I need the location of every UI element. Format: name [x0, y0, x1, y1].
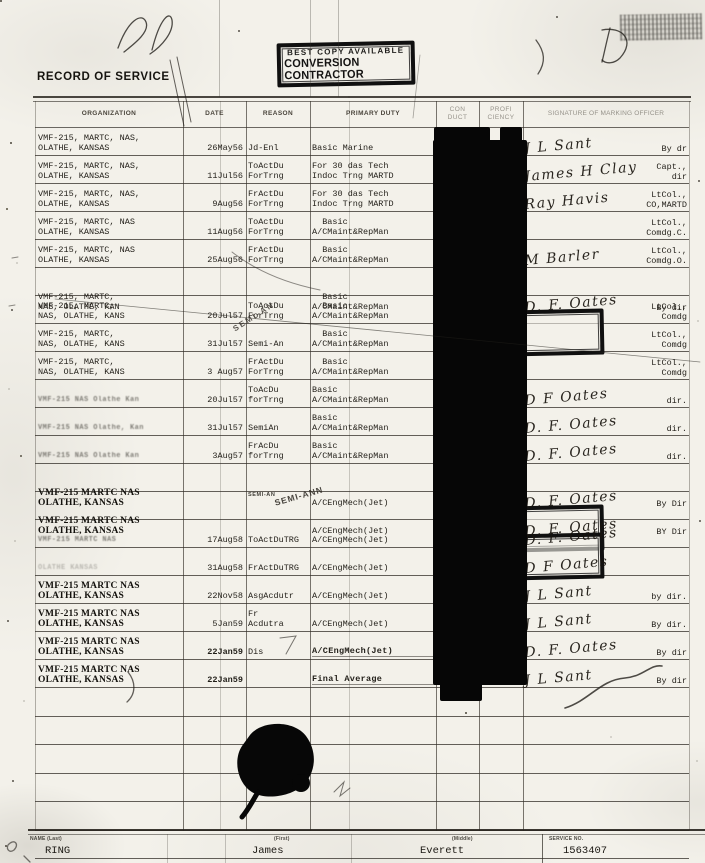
org-cell: VMF-215, MARTC,NAS, OLATHE, KANS [35, 324, 183, 351]
date-cell: 22Jan59 [183, 660, 246, 687]
org-line: OLATHE, KANSAS [38, 144, 183, 154]
org-line: VMF-215 NAS Olathe, Kan [38, 424, 183, 434]
footer-middle-name: Everett [420, 845, 464, 857]
signature-script: M Barler [524, 250, 600, 266]
reason-line: ForTrng [248, 200, 310, 210]
column-header-primary-duty: PRIMARY DUTY [310, 110, 436, 118]
signature-rank: LtCol.,Comdg.C. [646, 219, 687, 238]
footer-label-service: SERVICE NO. [549, 836, 583, 842]
duty-line: A/CEngMech(Jet) [312, 620, 436, 630]
reason-cell: ToActDuTRG [246, 520, 310, 547]
best-copy-available-stamp: BEST COPY AVAILABLE CONVERSION CONTRACTO… [277, 41, 416, 88]
reason-cell: FrActDuForTrng [246, 184, 310, 211]
scribble-top-left [150, 16, 172, 54]
reason-cell: FrActDuTRG [246, 548, 310, 575]
corner-scribble [7, 842, 16, 851]
org-line: OLATHE, KANSAS [38, 256, 183, 266]
redaction-bar [440, 683, 482, 701]
reason-cell: ToActDuForTrng [246, 156, 310, 183]
org-cell: VMF-215, MARTC, NAS,OLATHE, KANSAS [35, 184, 183, 211]
duty-line: A/CMaint&RepMan [312, 340, 436, 350]
signature-script: D. F. Oates [524, 640, 618, 658]
duty-cell: A/CEngMech(Jet) [310, 604, 436, 631]
duty-cell: BasicA/CMaint&RepMan [310, 380, 436, 407]
rank-line: Comdg [651, 341, 687, 351]
footer-label-middle: (Middle) [452, 836, 473, 842]
signature-cell: James H ClayCapt.,dir [523, 156, 689, 183]
org-line: NAS, OLATHE, KANS [38, 312, 183, 322]
rank-line: BY Dir [656, 528, 687, 538]
date-text: 22Nov58 [207, 592, 243, 602]
signature-cell: J L Santby dir. [523, 576, 689, 603]
rank-line: By dir. [651, 621, 687, 631]
signature-rank: By dr [661, 135, 687, 154]
signature-script: J L Sant [524, 615, 593, 630]
date-text: 11Aug56 [207, 228, 243, 238]
org-line: OLATHE, KANSAS [38, 676, 183, 686]
date-cell: 26May56 [183, 128, 246, 155]
duty-line: A/CMaint&RepMan [312, 256, 436, 266]
signature-cell: M BarlerLtCol.,Comdg.O. [523, 240, 689, 267]
rank-line: by dir. [651, 593, 687, 603]
rank-line: Comdg [651, 369, 687, 379]
date-text: 26May56 [207, 144, 243, 154]
org-cell: VMF-215 MARTC NAS [35, 520, 183, 547]
org-line: OLATHE KANSAS [38, 564, 183, 574]
signature-cell: D. F. OatesBy dir [523, 632, 689, 659]
duty-line: A/CMaint&RepMan [312, 452, 436, 462]
duty-cell: BasicA/CMaint&RepMan [310, 212, 436, 239]
duty-cell: For 30 das TechIndoc Trng MARTD [310, 156, 436, 183]
org-cell: VMF-215, MARTC,NAS, OLATHE, KANS [35, 296, 183, 323]
org-cell: VMF-215, MARTC, NASOLATHE, KANSAS [35, 240, 183, 267]
date-cell: 20Jul57 [183, 296, 246, 323]
date-cell: 11Jul56 [183, 156, 246, 183]
date-cell: 25Aug56 [183, 240, 246, 267]
margin-dash [9, 305, 15, 306]
duty-line: Basic Marine [312, 144, 436, 154]
reason-cell: ToActDuForTrng [246, 212, 310, 239]
reason-cell: FrActDuForTrng [246, 240, 310, 267]
date-text: 25Aug56 [207, 256, 243, 266]
duty-cell: BasicA/CMaint&RepMan [310, 408, 436, 435]
org-line: OLATHE, KANSAS [38, 648, 183, 658]
rank-line: Comdg.C. [646, 229, 687, 239]
date-cell: 5Jan59 [183, 604, 246, 631]
reason-line: ForTrng [248, 256, 310, 266]
date-cell: 20Jul57 [183, 380, 246, 407]
empty-row [35, 717, 689, 746]
signature-script: J L Sant [524, 587, 593, 602]
table-row: VMF-215 NAS Olathe Kan3Aug57FrAcDuforTrn… [35, 436, 689, 464]
column-line-above [219, 0, 220, 97]
signature-rank: LtCol.,Comdg.O. [646, 247, 687, 266]
org-cell: VMF-215 MARTC NASOLATHE, KANSAS [35, 660, 183, 687]
footer-separator [351, 834, 352, 863]
org-line: VMF-215 MARTC NAS [38, 536, 183, 546]
table-row: VMF-215 MARTC NASOLATHE, KANSAS22Nov58As… [35, 576, 689, 604]
table-row: VMF-215, MARTC, NAS,OLATHE, KANSAS26May5… [35, 128, 689, 156]
signature-cell: Ray HavisLtCol.,CO,MARTD [523, 184, 689, 211]
top-right-smudge [620, 13, 702, 40]
table-row: VMF-215, MARTC, NASOLATHE, KANSAS11Aug56… [35, 212, 689, 240]
reason-cell: Jd-Enl [246, 128, 310, 155]
date-cell: 31Aug58 [183, 548, 246, 575]
column-line [246, 101, 247, 831]
reason-cell: Semi-An [246, 324, 310, 351]
reason-line: Semi-An [248, 340, 310, 350]
duty-line: A/CMaint&RepMan [312, 396, 436, 406]
reason-line: ForTrng [248, 228, 310, 238]
duty-cell: BasicA/CMaint&RepMan [310, 352, 436, 379]
footer-first-name: James [252, 845, 284, 857]
date-text: 31Jul57 [207, 424, 243, 434]
footer-separator [542, 834, 543, 863]
date-text: 22Jan59 [207, 648, 243, 658]
footer-service-number: 1563407 [563, 845, 607, 857]
column-subline [220, 101, 221, 831]
signature-cell: LtCol.,Comdg [523, 352, 689, 379]
pen-loop [602, 28, 610, 62]
record-of-service-document: BEST COPY AVAILABLE CONVERSION CONTRACTO… [0, 0, 705, 863]
date-text: 31Aug58 [207, 564, 243, 574]
header-bottom-rule [35, 127, 689, 128]
table-row: VMF-215, MARTC, NAS,OLATHE, KANSAS11Jul5… [35, 156, 689, 184]
conduct-line-2: DUCT [448, 114, 468, 121]
signature-rank: LtCol.,Comdg [651, 359, 687, 378]
empty-row [35, 745, 689, 774]
signature-rank: BY Dir [656, 528, 687, 538]
duty-line: A/CEngMech(Jet) [312, 564, 436, 574]
rank-line: dir. [667, 453, 687, 463]
org-line: VMF-215 NAS Olathe Kan [38, 452, 183, 462]
signature-cell: D. F. OatesBy Dir [523, 464, 689, 510]
org-cell: OLATHE KANSAS [35, 548, 183, 575]
signature-script: D F Oates [524, 389, 609, 406]
org-cell: VMF-215 MARTC NASOLATHE, KANSAS [35, 576, 183, 603]
signature-script: D. F. Oates [524, 416, 618, 434]
reason-line: SemiAn [248, 424, 310, 434]
rank-line: By Dir [656, 500, 687, 510]
org-cell: VMF-215, MARTC, NAS,OLATHE, KANSAS [35, 128, 183, 155]
org-cell: VMF-215 NAS Olathe Kan [35, 436, 183, 463]
reason-line: ForTrng [248, 172, 310, 182]
duty-line: Indoc Trng MARTD [312, 172, 436, 182]
rank-line: dir. [667, 425, 687, 435]
org-line: OLATHE, KANSAS [38, 200, 183, 210]
reason-cell: ToAcDuforTrng [246, 380, 310, 407]
rank-line: dir [656, 173, 687, 183]
proficiency-line-2: CIENCY [488, 114, 515, 121]
signature-cell: J L SantBy dr [523, 128, 689, 155]
date-text: 31Jul57 [207, 340, 243, 350]
duty-line: A/CMaint&RepMan [312, 424, 436, 434]
table-row: VMF-215, MARTC,NAS, OLATHE, KAN31 JAN 19… [35, 268, 689, 296]
pen-arc [536, 40, 543, 74]
duty-cell: For 30 das TechIndoc Trng MARTD [310, 184, 436, 211]
conduct-line-1: CON [450, 106, 466, 113]
org-line: OLATHE, KANSAS [38, 228, 183, 238]
duty-line: A/CEngMech(Jet) [312, 647, 436, 658]
column-header-reason: REASON [246, 110, 310, 118]
date-text: 17Aug58 [207, 536, 243, 546]
empty-row [35, 774, 689, 803]
duty-line: A/CMaint&RepMan [312, 312, 436, 322]
reason-line: Dis [248, 648, 310, 658]
rank-line: CO,MARTD [646, 201, 687, 211]
date-text: 11Jul56 [207, 172, 243, 182]
stamp-line-2: CONVERSION CONTRACTOR [284, 56, 408, 83]
column-header-proficiency: PROFI CIENCY [479, 106, 523, 121]
signature-script: J L Sant [524, 139, 593, 154]
column-header-organization: ORGANIZATION [35, 110, 183, 118]
footer-label-last: NAME (Last) [30, 836, 62, 842]
paper-specks [0, 0, 2, 2]
column-subline [349, 101, 350, 831]
duty-line: A/CMaint&RepMan [312, 368, 436, 378]
reason-line: Acdutra [248, 620, 310, 630]
date-text: 3Aug57 [212, 452, 243, 462]
date-cell: 22Nov58 [183, 576, 246, 603]
column-line [183, 101, 184, 831]
duty-cell: BasicA/CMaint&RepMan [310, 324, 436, 351]
column-header-conduct: CON DUCT [436, 106, 479, 121]
table-row: VMF-215, MARTC, NAS,OLATHE, KANSAS9Aug56… [35, 184, 689, 212]
duty-cell: BasicA/CMaint&RepMan [310, 436, 436, 463]
column-line-above [338, 0, 339, 97]
duty-line: A/CMaint&RepMan [312, 228, 436, 238]
reason-line: forTrng [248, 396, 310, 406]
org-cell: VMF-215 MARTC NASOLATHE, KANSAS [35, 604, 183, 631]
footer-last-name: RING [45, 845, 70, 857]
org-line: OLATHE, KANSAS [38, 592, 183, 602]
empty-row [35, 802, 689, 831]
date-cell: 9Aug56 [183, 184, 246, 211]
table-row: VMF-215 MARTC NASOLATHE, KANSASJAN 3 1 1… [35, 464, 689, 492]
table-left-edge [35, 101, 36, 831]
reason-cell [246, 660, 310, 687]
date-cell: 17Aug58 [183, 520, 246, 547]
reason-cell: AsgAcdutr [246, 576, 310, 603]
table-row: VMF-215 MARTC NASOLATHE, KANSAS22Jan59Di… [35, 632, 689, 660]
date-text: 20Jul57 [207, 312, 243, 322]
signature-rank: LtCol.,Comdg [651, 303, 687, 322]
footer-separator [225, 834, 226, 863]
footer-label-first: (First) [274, 836, 290, 842]
signature-script: D. F. Oates [524, 444, 618, 462]
duty-cell: A/CEngMech(Jet) [310, 520, 436, 547]
table-rows: VMF-215, MARTC, NAS,OLATHE, KANSAS26May5… [35, 128, 689, 859]
table-row: VMF-215 NAS Olathe, Kan31Jul57SemiAnBasi… [35, 408, 689, 436]
duty-line: A/CEngMech(Jet) [312, 592, 436, 602]
duty-cell: A/CEngMech(Jet) [310, 548, 436, 575]
org-cell: VMF-215 NAS Olathe, Kan [35, 408, 183, 435]
signature-rank: dir. [667, 387, 687, 406]
signature-rank: LtCol.,CO,MARTD [646, 191, 687, 210]
column-line [310, 101, 311, 831]
duty-cell: Basic Marine [310, 128, 436, 155]
reason-cell: FrAcdutra [246, 604, 310, 631]
signature-cell: J L SantBy dir. [523, 604, 689, 631]
org-line: NAS, OLATHE, KANS [38, 340, 183, 350]
duty-cell: BasicA/CMaint&RepMan [310, 296, 436, 323]
duty-cell: BasicA/CMaint&RepMan [310, 240, 436, 267]
signature-rank: By dir. [651, 611, 687, 630]
org-line: VMF-215 NAS Olathe Kan [38, 396, 183, 406]
date-text: 22Jan59 [207, 676, 243, 686]
date-text: 9Aug56 [212, 200, 243, 210]
table-row: VMF-215 MARTC NASOLATHE, KANSAS22Jan59Fi… [35, 660, 689, 688]
rank-line: By dir [656, 649, 687, 659]
footer-separator [167, 834, 168, 863]
reason-cell: FrAcDuforTrng [246, 436, 310, 463]
signature-rank: Capt.,dir [656, 163, 687, 182]
signature-script: Ray Havis [524, 193, 610, 210]
duty-cell: A/CEngMech(Jet) [310, 632, 436, 659]
duty-line: A/CEngMech(Jet) [312, 536, 436, 546]
page-title: RECORD OF SERVICE [37, 71, 170, 84]
signature-rank: By Dir [656, 500, 687, 510]
column-line-above [310, 0, 311, 97]
reason-cell: FrActDuForTrng [246, 352, 310, 379]
signature-rank: LtCol.,Comdg [651, 331, 687, 350]
duty-cell: Final Average [310, 660, 436, 687]
date-text: 5Jan59 [212, 620, 243, 630]
redaction-bar [433, 140, 527, 685]
signature-script: James H Clay [524, 163, 638, 182]
reason-line: AsgAcdutr [248, 592, 310, 602]
signature-cell: J L SantBy dir [523, 660, 689, 687]
signature-rank: By dir [656, 667, 687, 686]
signature-rank: by dir. [651, 583, 687, 602]
org-cell: VMF-215, MARTC,NAS, OLATHE, KANS [35, 352, 183, 379]
signature-cell: D F Oatesdir. [523, 380, 689, 407]
column-header-signature: SIGNATURE OF MARKING OFFICER [523, 110, 689, 118]
date-cell: 22Jan59 [183, 632, 246, 659]
footer-top-rule [28, 829, 705, 835]
table-row: VMF-215 NAS Olathe Kan20Jul57ToAcDuforTr… [35, 380, 689, 408]
org-line: OLATHE, KANSAS [38, 172, 183, 182]
reason-line: forTrng [248, 452, 310, 462]
reason-cell: SemiAn [246, 408, 310, 435]
table-top-rule [33, 96, 691, 102]
corner-scribble [24, 856, 30, 862]
empty-row [35, 688, 689, 717]
reason-line: ForTrng [248, 368, 310, 378]
rank-line: dir. [667, 397, 687, 407]
signature-script: J L Sant [524, 671, 593, 686]
duty-line: Indoc Trng MARTD [312, 200, 436, 210]
reason-line: FrActDuTRG [248, 564, 310, 574]
margin-dash [12, 257, 18, 258]
rank-line: By dr [661, 145, 687, 155]
duty-cell: A/CEngMech(Jet) [310, 576, 436, 603]
scribble-top-left [118, 18, 147, 52]
org-cell: VMF-215, MARTC, NAS,OLATHE, KANSAS [35, 156, 183, 183]
date-cell: 31Jul57 [183, 408, 246, 435]
reason-line: ToActDuTRG [248, 536, 310, 546]
signature-cell: LtCol.,Comdg.C. [523, 212, 689, 239]
org-line: NAS, OLATHE, KANS [38, 368, 183, 378]
org-cell: VMF-215 MARTC NASOLATHE, KANSAS [35, 632, 183, 659]
date-cell: 11Aug56 [183, 212, 246, 239]
signature-rank: dir. [667, 443, 687, 462]
table-right-edge [689, 101, 690, 831]
rank-line: Comdg [651, 313, 687, 323]
signature-rank: dir. [667, 415, 687, 434]
signature-rank: By dir [656, 639, 687, 658]
org-line: OLATHE, KANSAS [38, 620, 183, 630]
date-cell: 3Aug57 [183, 436, 246, 463]
table-row: VMF-215 MARTC NASOLATHE, KANSAS5Jan59FrA… [35, 604, 689, 632]
column-header-date: DATE [183, 110, 246, 118]
date-text: 20Jul57 [207, 396, 243, 406]
rank-line: Comdg.O. [646, 257, 687, 267]
reason-cell: Dis [246, 632, 310, 659]
signature-cell: D. F. Oatesdir. [523, 408, 689, 435]
signature-cell: D. F. Oatesdir. [523, 436, 689, 463]
duty-line: Final Average [312, 675, 436, 686]
org-cell: VMF-215, MARTC, NASOLATHE, KANSAS [35, 212, 183, 239]
date-text: 3 Aug57 [207, 368, 243, 378]
rank-line: By dir [656, 677, 687, 687]
table-row: VMF-215, MARTC, NASOLATHE, KANSAS25Aug56… [35, 240, 689, 268]
proficiency-line-1: PROFI [490, 106, 512, 113]
org-cell: VMF-215 NAS Olathe Kan [35, 380, 183, 407]
reason-line: Jd-Enl [248, 144, 310, 154]
table-row: VMF-215, MARTC,NAS, OLATHE, KANS3 Aug57F… [35, 352, 689, 380]
date-cell: 3 Aug57 [183, 352, 246, 379]
